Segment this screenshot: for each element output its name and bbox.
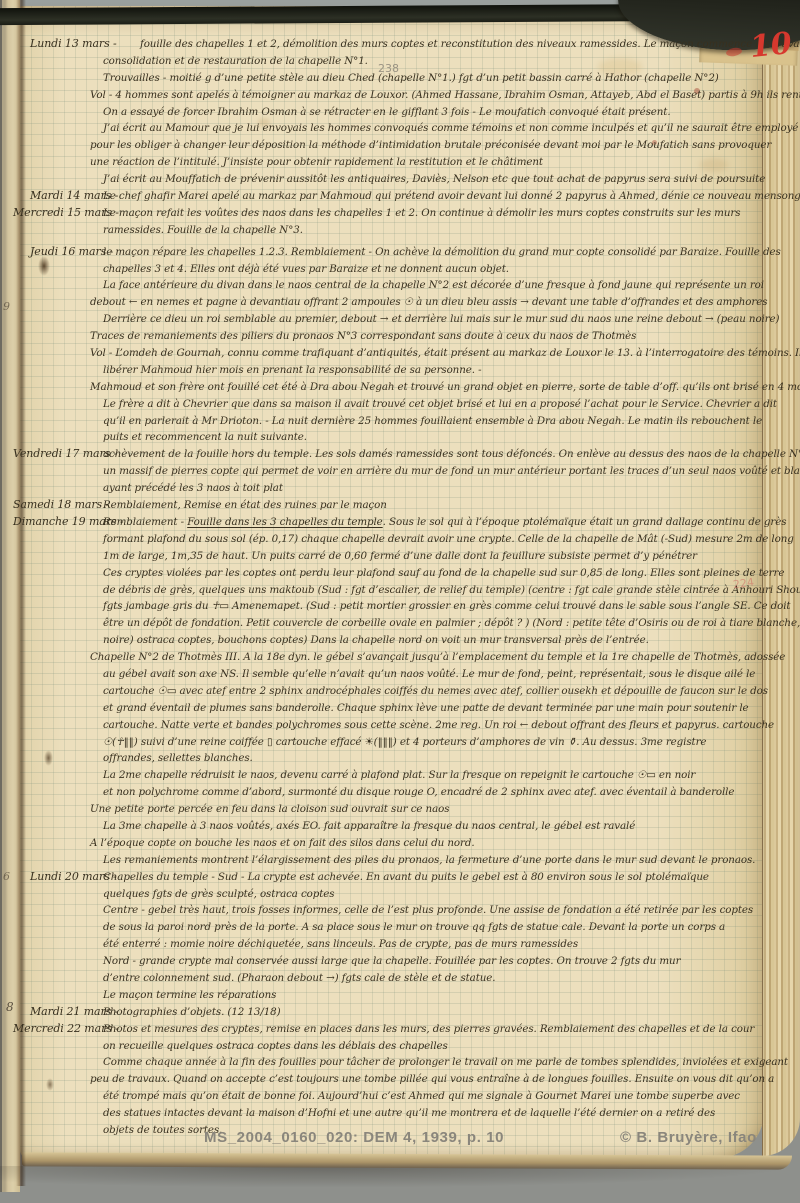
manuscript-line: Lundi 13 mars -fouille des chapelles 1 e… [0,36,800,53]
manuscript-line: ayant précédé les 3 naos à toit plat [0,480,800,497]
manuscript-line: on recueille quelques ostraca coptes dan… [0,1038,800,1055]
entry-date: Samedi 18 mars - [13,497,109,514]
manuscript-line: des statues intactes devant la maison d’… [0,1105,800,1122]
manuscript-line: cartouche ☉▭ avec atef entre 2 sphinx an… [0,683,800,700]
margin-mark: 6 [3,870,10,883]
manuscript-line: Vol - 4 hommes sont apelés à témoigner a… [0,87,800,104]
manuscript-line: Mahmoud et son frère ont fouillé cet été… [0,379,800,396]
archive-id-caption: MS_2004_0160_020: DEM 4, 1939, p. 10 [204,1129,504,1146]
manuscript-line: un massif de pierres copte qui permet de… [0,463,800,480]
entry-date: Jeudi 16 mars - [30,244,113,261]
manuscript-line: Traces de remaniements des piliers du pr… [0,328,800,345]
manuscript-line: Dimanche 19 mars -Remblaiement - Fouille… [0,514,800,531]
manuscript-line: qu’il en parlerait à Mr Drioton. - La nu… [0,413,800,430]
copyright-caption: © B. Bruyère, Ifao [620,1129,757,1146]
manuscript-line: Trouvailles - moitié g d’une petite stèl… [0,70,800,87]
scanned-notebook-photo: 10 238 224 9 6 8 Lundi 13 mars -fouille … [0,0,800,1203]
manuscript-line: Lundi 20 mars -Chapelles du temple - Sud… [0,869,800,886]
manuscript-line: La face antérieure du divan dans le naos… [0,277,800,294]
manuscript-line: fgts jambage gris du ☥▭ Amenemapet. (Sud… [0,598,800,615]
pencil-inventory-note: 238 [378,62,399,75]
manuscript-line: Nord - grande crypte mal conservée aussi… [0,953,800,970]
manuscript-line: formant plafond du sous sol (ép. 0,17) c… [0,531,800,548]
manuscript-line: 1m de large, 1m,35 de haut. Un puits car… [0,548,800,565]
manuscript-lines: Lundi 13 mars -fouille des chapelles 1 e… [0,36,800,1139]
manuscript-line: ☉(☥‖‖) suivi d’une reine coiffée ▯ carto… [0,734,800,751]
manuscript-line: Le frère a dit à Chevrier que dans sa ma… [0,396,800,413]
manuscript-line: Vol - L’omdeh de Gournah, connu comme tr… [0,345,800,362]
manuscript-line: J’ai écrit au Mamour que je lui envoyais… [0,120,800,137]
manuscript-line: debout ← en nemes et pagne à devantiau o… [0,294,800,311]
entry-date: Mardi 21 mars - [30,1004,118,1021]
manuscript-line: Mercredi 15 mars -Le maçon refait les vo… [0,205,800,222]
manuscript-line: ramessides. Fouille de la chapelle N°3. [0,222,800,239]
manuscript-line: peu de travaux. Quand on accepte c’est t… [0,1071,800,1088]
handwriting-layer: 10 238 224 9 6 8 Lundi 13 mars -fouille … [0,0,800,1203]
manuscript-line: de débris de grès, quelques uns maktoub … [0,582,800,599]
manuscript-line: La 2me chapelle rédruisit le naos, deven… [0,767,800,784]
manuscript-line: être un dépôt de fondation. Petit couver… [0,615,800,632]
manuscript-line: et grand éventail de plumes sans bandero… [0,700,800,717]
manuscript-line: Samedi 18 mars -Remblaiement, Remise en … [0,497,800,514]
manuscript-line: une réaction de l’intitulé. J’insiste po… [0,154,800,171]
entry-date: Mercredi 22 mars - [13,1021,119,1038]
manuscript-line: puits et recommencent la nuit suivante. [0,429,800,446]
margin-mark: 8 [6,1000,14,1014]
manuscript-line: Les remaniements montrent l’élargissemen… [0,852,800,869]
manuscript-line: Mercredi 22 mars -Photos et mesures des … [0,1021,800,1038]
manuscript-line: libérer Mahmoud hier mois en prenant la … [0,362,800,379]
entry-date: Lundi 20 mars - [30,869,117,886]
entry-date: Mercredi 15 mars - [13,205,119,222]
manuscript-line: quelques fgts de grès sculpté, ostraca c… [0,886,800,903]
manuscript-line: A l’époque copte on bouche les naos et o… [0,835,800,852]
manuscript-line: Chapelle N°2 de Thotmès III. A la 18e dy… [0,649,800,666]
manuscript-line: Derrière ce dieu un roi semblable au pre… [0,311,800,328]
manuscript-line: noire) ostraca coptes, bouchons coptes) … [0,632,800,649]
entry-date: Dimanche 19 mars - [13,514,123,531]
entry-date: Vendredi 17 mars - [13,446,117,463]
manuscript-line: offrandes, sellettes blanches. [0,750,800,767]
manuscript-line: Ces cryptes violées par les coptes ont p… [0,565,800,582]
manuscript-line: été enterré : momie noire déchiquetée, s… [0,936,800,953]
manuscript-line: Comme chaque année à la fin des fouilles… [0,1054,800,1071]
manuscript-line: et non polychrome comme d’abord, surmont… [0,784,800,801]
manuscript-line: Vendredi 17 mars -achèvement de la fouil… [0,446,800,463]
manuscript-line: cartouche. Natte verte et bandes polychr… [0,717,800,734]
manuscript-line: été trompé mais qu’on était de bonne foi… [0,1088,800,1105]
page-number: 10 [748,26,793,65]
manuscript-line: d’entre colonnement sud. (Pharaon debout… [0,970,800,987]
entry-date: Lundi 13 mars - [30,36,117,53]
manuscript-line: de sous la paroi nord près de la porte. … [0,919,800,936]
manuscript-line: chapelles 3 et 4. Elles ont déjà été vue… [0,261,800,278]
manuscript-line: Mardi 21 mars -Photographies d’objets. (… [0,1004,800,1021]
manuscript-line: On a essayé de forcer Ibrahim Osman à se… [0,104,800,121]
manuscript-line: Centre - gebel très haut, trois fosses i… [0,902,800,919]
manuscript-line: Une petite porte percée en feu dans la c… [0,801,800,818]
manuscript-line: Le maçon termine les réparations [0,987,800,1004]
manuscript-line: Jeudi 16 mars -le maçon répare les chape… [0,244,800,261]
margin-mark: 9 [3,300,10,313]
manuscript-line: Mardi 14 mars -Le chef ghafir Marei apel… [0,188,800,205]
manuscript-line: La 3me chapelle à 3 naos voûtés, axés EO… [0,818,800,835]
manuscript-line: J’ai écrit au Mouffatich de prévenir aus… [0,171,800,188]
manuscript-line: au gébel avait son axe NS. Il semble qu’… [0,666,800,683]
manuscript-line: pour les obliger à changer leur dépositi… [0,137,800,154]
entry-date: Mardi 14 mars - [30,188,118,205]
manuscript-line: consolidation et de restauration de la c… [0,53,800,70]
